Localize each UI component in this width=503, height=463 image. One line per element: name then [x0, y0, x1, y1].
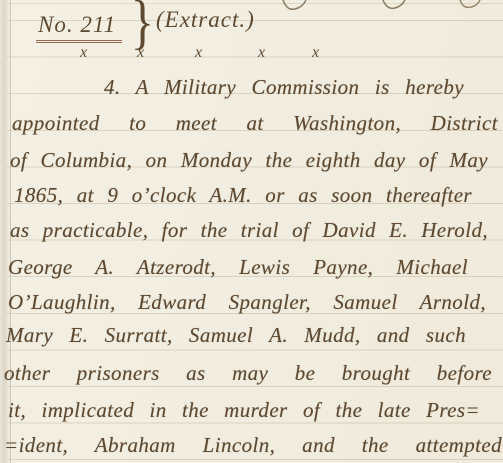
separator-x-mark: x: [258, 44, 265, 62]
manuscript-line: =ident, Abraham Lincoln, and the attempt…: [4, 428, 502, 462]
manuscript-line: as practicable, for the trial of David E…: [10, 213, 488, 247]
manuscript-line: of Columbia, on Monday the eighth day of…: [10, 143, 488, 177]
manuscript-line: it, implicated in the murder of the late…: [8, 393, 480, 427]
ruled-line-top: [0, 3, 503, 4]
manuscript-page: No. 211 } (Extract.) x x x x x 4. A Mili…: [0, 0, 503, 463]
separator-x-mark: x: [195, 44, 202, 62]
manuscript-line: Mary E. Surratt, Samuel A. Mudd, and suc…: [6, 318, 466, 352]
case-number: No. 211: [36, 12, 122, 43]
manuscript-line: appointed to meet at Washington, Distric…: [12, 106, 498, 140]
manuscript-line: O’Laughlin, Edward Spangler, Samuel Arno…: [8, 285, 486, 319]
separator-x-mark: x: [80, 44, 87, 62]
extract-label: (Extract.): [156, 7, 255, 33]
manuscript-line: George A. Atzerodt, Lewis Payne, Michael: [8, 250, 468, 284]
manuscript-line: 4. A Military Commission is hereby: [104, 70, 464, 104]
manuscript-line: 1865, at 9 o’clock A.M. or as soon there…: [14, 178, 472, 212]
manuscript-line: other prisoners as may be brought before: [4, 356, 492, 390]
separator-x-mark: x: [312, 44, 319, 62]
separator-x-mark: x: [137, 44, 144, 62]
